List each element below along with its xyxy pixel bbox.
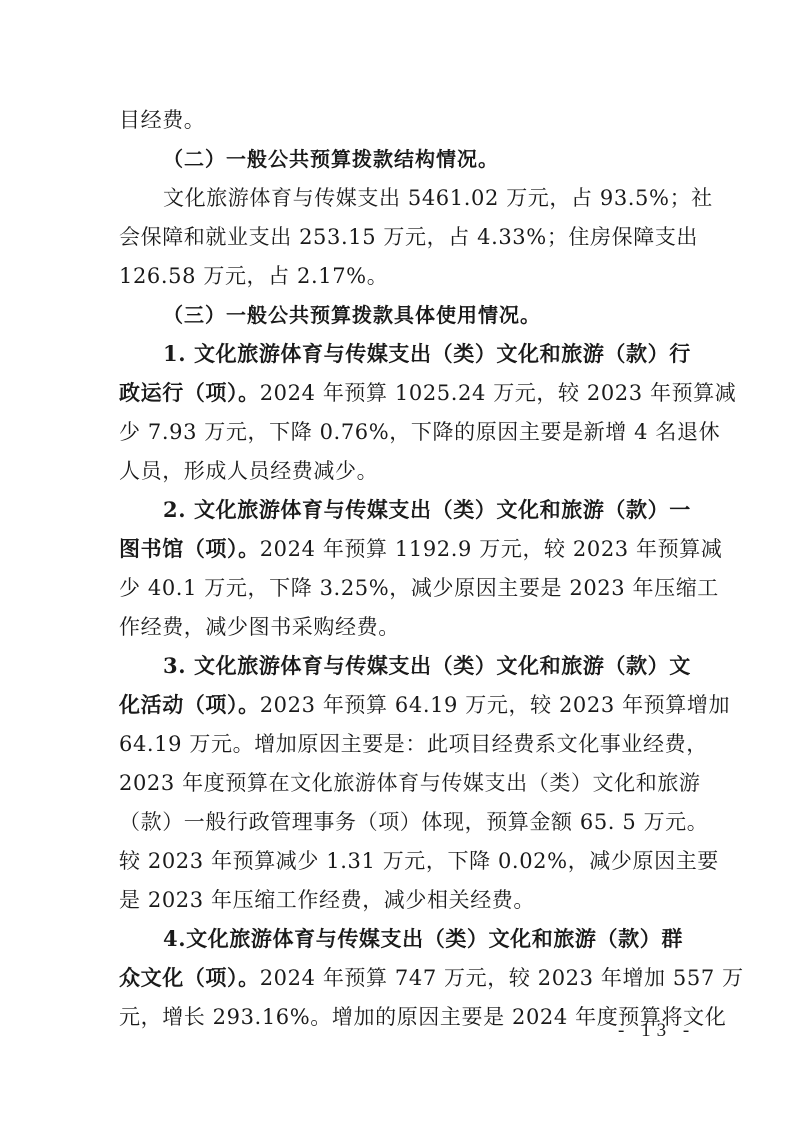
section-heading-2: （二）一般公共预算拨款结构情况。 (163, 145, 711, 173)
text-line: 作经费，减少图书采购经费。 (119, 613, 667, 641)
document-page: 目经费。 （二）一般公共预算拨款结构情况。 文化旅游体育与传媒支出 5461.0… (0, 0, 793, 1122)
page-number: - 13 - (618, 1020, 695, 1042)
text-line: 目经费。 (119, 106, 667, 134)
text-line: 图书馆（项）。2024 年预算 1192.9 万元，较 2023 年预算减 (119, 535, 667, 563)
item-1-heading: 1. 文化旅游体育与传媒支出（类）文化和旅游（款）行 (163, 340, 667, 368)
text-line: 文化旅游体育与传媒支出 5461.02 万元，占 93.5%；社 (163, 184, 667, 212)
text-line: 元，增长 293.16%。增加的原因主要是 2024 年度预算将文化 (119, 1003, 667, 1031)
text-line: 少 7.93 万元，下降 0.76%，下降的原因主要是新增 4 名退休 (119, 418, 667, 446)
text-line: 2023 年度预算在文化旅游体育与传媒支出（类）文化和旅游 (119, 769, 667, 797)
section-heading-3: （三）一般公共预算拨款具体使用情况。 (163, 301, 711, 329)
text-line: 会保障和就业支出 253.15 万元，占 4.33%；住房保障支出 (119, 223, 667, 251)
text-line: 人员，形成人员经费减少。 (119, 457, 667, 485)
text-line: 126.58 万元，占 2.17%。 (119, 262, 667, 290)
item-4-heading: 4.文化旅游体育与传媒支出（类）文化和旅游（款）群 (163, 925, 667, 953)
text-line: 众文化（项）。2024 年预算 747 万元，较 2023 年增加 557 万 (119, 964, 667, 992)
text-line: 64.19 万元。增加原因主要是：此项目经费系文化事业经费， (119, 730, 667, 758)
text-line: 政运行（项）。2024 年预算 1025.24 万元，较 2023 年预算减 (119, 379, 667, 407)
item-3-heading: 3. 文化旅游体育与传媒支出（类）文化和旅游（款）文 (163, 652, 667, 680)
text-line: 化活动（项）。2023 年预算 64.19 万元，较 2023 年预算增加 (119, 691, 667, 719)
text-line: 少 40.1 万元，下降 3.25%，减少原因主要是 2023 年压缩工 (119, 574, 667, 602)
text-line: 是 2023 年压缩工作经费，减少相关经费。 (119, 886, 667, 914)
text-line: （款）一般行政管理事务（项）体现，预算金额 65. 5 万元。 (119, 808, 667, 836)
text-line: 较 2023 年预算减少 1.31 万元，下降 0.02%，减少原因主要 (119, 847, 667, 875)
item-2-heading: 2. 文化旅游体育与传媒支出（类）文化和旅游（款）一 (163, 496, 667, 524)
